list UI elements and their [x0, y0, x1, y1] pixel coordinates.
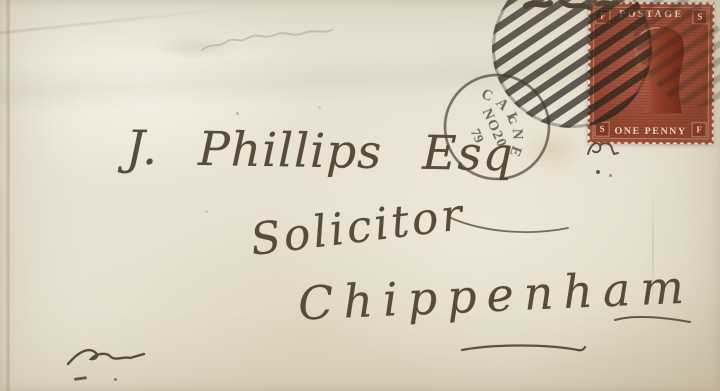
- ink-speck: [236, 112, 239, 115]
- envelope-front: POSTAGE ONE PENNY F S S F CALNE C NO20 7…: [0, 0, 720, 391]
- address-recipient-line: J. Phillips Esq: [126, 121, 515, 183]
- ink-dot: [609, 174, 612, 177]
- solicitor-flourish: [448, 212, 573, 238]
- address-occupation-line: Solicitor: [248, 189, 468, 266]
- chippenham-flourish: [612, 310, 694, 328]
- ink-dot: [114, 378, 117, 381]
- envelope-left-fold: [5, 0, 11, 391]
- ink-speck: [205, 210, 208, 213]
- ink-dash: [74, 376, 87, 381]
- chippenham-underline: [460, 342, 588, 358]
- stamp-corner-letter-bottom-right: F: [692, 122, 707, 137]
- docket-squiggle: [64, 340, 179, 374]
- ink-speck: [318, 106, 321, 109]
- ink-squiggle-below-stamp: [584, 136, 632, 162]
- pencil-squiggle: [198, 24, 348, 60]
- ink-dot: [596, 170, 600, 174]
- cancel-ink-blobs: [520, 0, 620, 28]
